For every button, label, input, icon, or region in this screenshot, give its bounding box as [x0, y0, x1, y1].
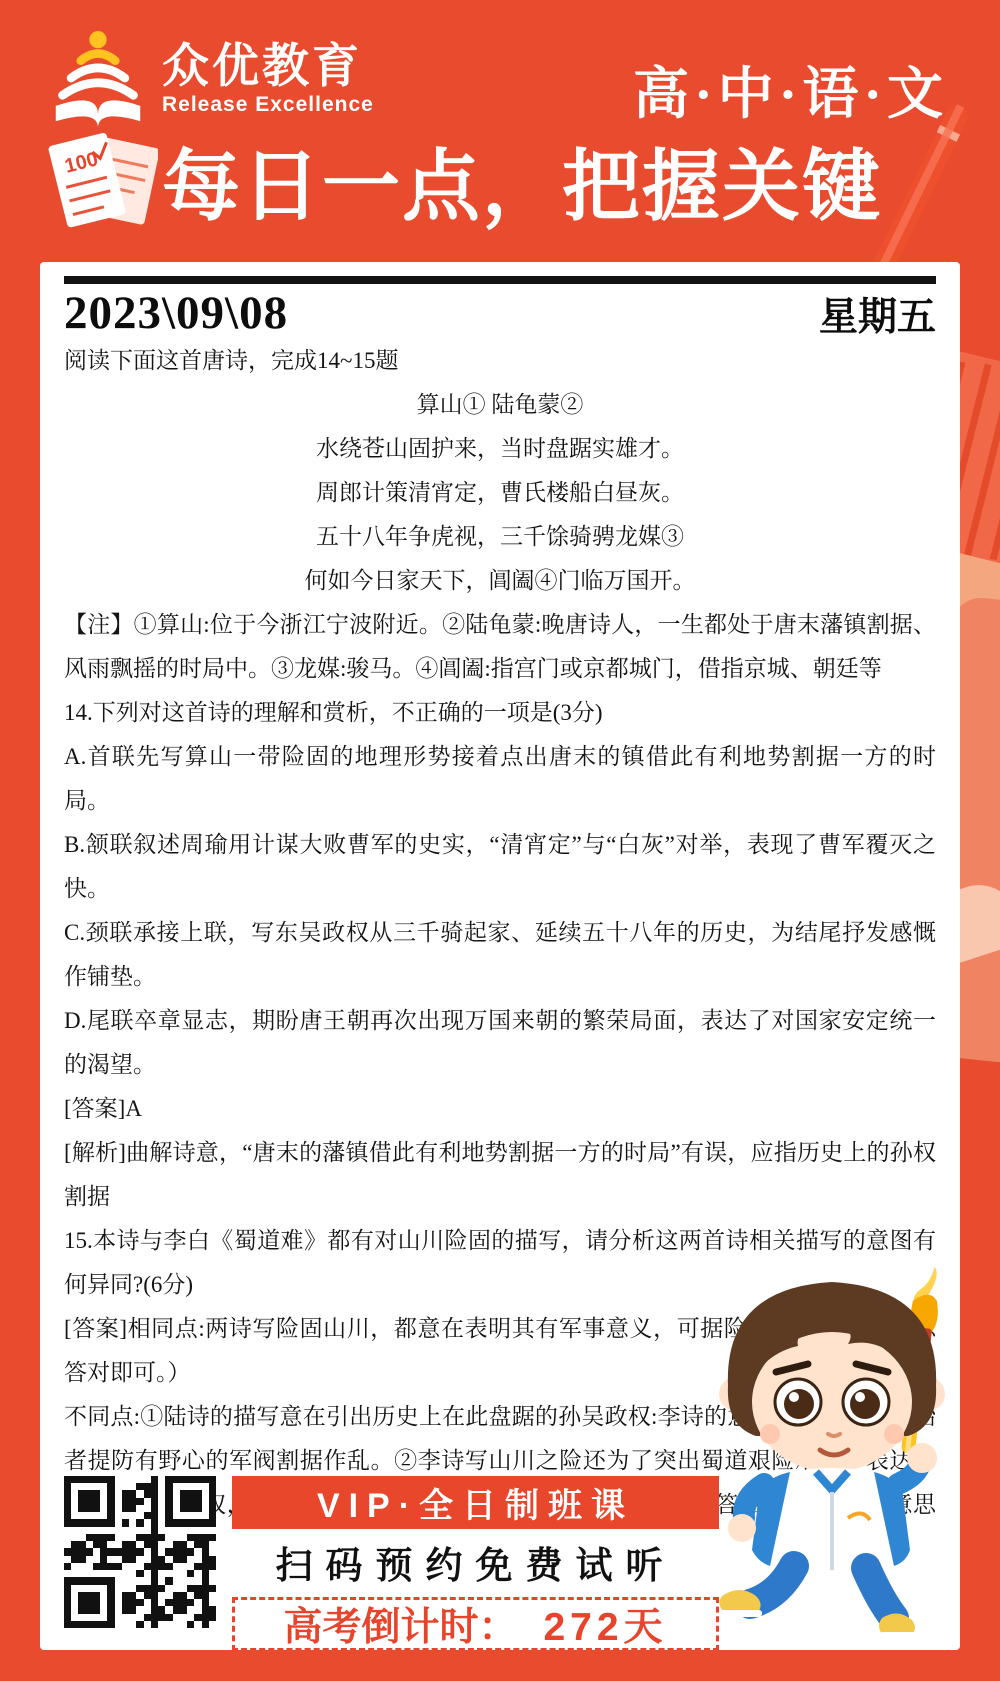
countdown-label: 高考倒计时：	[283, 1596, 517, 1650]
gaokao-countdown: 高考倒计时： 272天	[232, 1597, 719, 1650]
poem-line: 何如今日家天下，阊阖④门临万国开。	[64, 559, 936, 603]
poem-line: 五十八年争虎视，三千馀骑骋龙媒③	[64, 515, 936, 559]
page-title: 每日一点，把握关键	[162, 124, 882, 236]
poem: 算山① 陆龟蒙② 水绕苍山固护来，当时盘踞实雄才。 周郎计策清宵定，曹氏楼船白昼…	[64, 383, 936, 603]
scan-cta: 扫码预约免费试听	[232, 1535, 719, 1589]
worksheet-card: 2023\09\08 星期五 阅读下面这首唐诗，完成14~15题 算山① 陆龟蒙…	[40, 262, 960, 1650]
option-b: B.颔联叙述周瑜用计谋大败曹军的史实，“清宵定”与“白灰”对举，表现了曹军覆灭之…	[64, 823, 936, 911]
mascot-boy	[698, 1266, 960, 1644]
poem-notes: 【注】①算山:位于今浙江宁波附近。②陆龟蒙:晚唐诗人，一生都处于唐末藩镇割据、风…	[64, 603, 936, 691]
option-d: D.尾联卒章显志，期盼唐王朝再次出现万国来朝的繁荣局面，表达了对国家安定统一的渴…	[64, 999, 936, 1087]
title-row: 100 每日一点，把握关键	[48, 124, 882, 236]
analysis-14: [解析]曲解诗意，“唐末的藩镇借此有利地势割据一方的时局”有误，应指历史上的孙权…	[64, 1131, 936, 1219]
countdown-value: 272天	[543, 1596, 667, 1650]
poem-title: 算山① 陆龟蒙②	[64, 383, 936, 427]
top-divider-bar	[64, 276, 936, 284]
promo-block: VIP·全日制班课 扫码预约免费试听 高考倒计时： 272天	[232, 1476, 719, 1650]
poem-line: 周郎计策清宵定，曹氏楼船白昼灰。	[64, 471, 936, 515]
option-a: A.首联先写算山一带险固的地理形势接着点出唐末的镇借此有利地势割据一方的时局。	[64, 735, 936, 823]
qr-code	[64, 1476, 216, 1628]
question-14: 14.下列对这首诗的理解和赏析，不正确的一项是(3分)	[64, 691, 936, 735]
subject-label: 高·中·语·文	[633, 50, 948, 130]
logo-tagline: Release Excellence	[162, 93, 374, 117]
book-reader-logo-icon	[50, 28, 146, 130]
answer-14: [答案]A	[64, 1087, 936, 1131]
paper-sheets-icon: 100	[48, 124, 158, 236]
date-label: 2023\09\08	[64, 290, 288, 337]
option-c: C.颈联承接上联，写东吴政权从三千骑起家、延续五十八年的历史，为结尾抒发感慨作铺…	[64, 911, 936, 999]
logo-name: 众优教育	[162, 41, 374, 90]
vip-banner: VIP·全日制班课	[232, 1476, 719, 1529]
brand-logo: 众优教育 Release Excellence	[50, 28, 374, 130]
exercise-intro: 阅读下面这首唐诗，完成14~15题	[64, 339, 936, 383]
weekday-label: 星期五	[819, 298, 936, 337]
poem-line: 水绕苍山固护来，当时盘踞实雄才。	[64, 427, 936, 471]
date-row: 2023\09\08 星期五	[64, 290, 936, 337]
